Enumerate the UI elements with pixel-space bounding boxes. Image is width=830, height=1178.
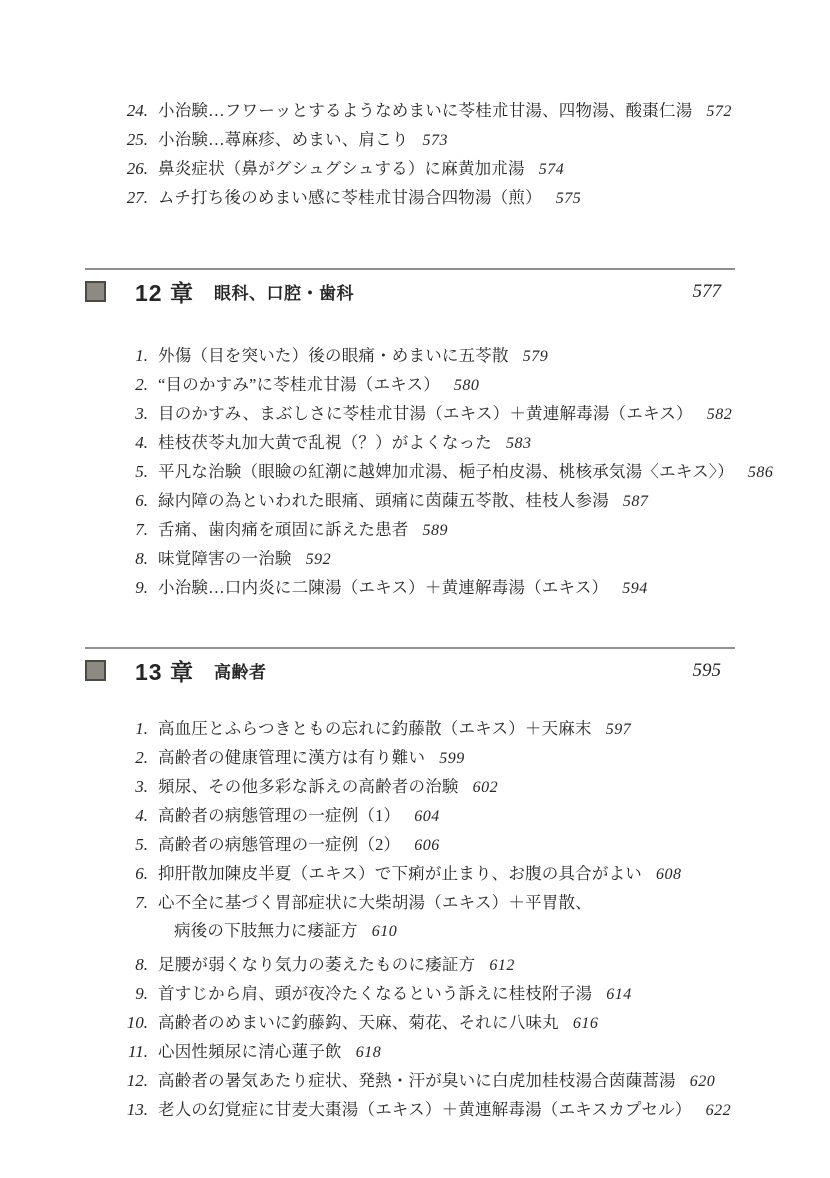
chapter-title: 眼科、口腔・歯科 (214, 279, 354, 304)
chapter-number: 13 章 (135, 654, 194, 687)
toc-item-number: 6. (85, 487, 148, 516)
toc-item: 3. 目のかすみ、まぶしさに苓桂朮甘湯（エキス）＋黄連解毒湯（エキス）582 (85, 400, 735, 429)
toc-item-text: 小治験…フワーッとするようなめまいに苓桂朮甘湯、四物湯、酸棗仁湯 (158, 101, 692, 120)
toc-item-number: 1. (85, 715, 148, 744)
chapter-13-section: 13 章 高齢者 595 1. 高血圧とふらつきともの忘れに釣藤散（エキス）＋天… (85, 647, 735, 1125)
toc-item: 7. 心不全に基づく胃部症状に大柴胡湯（エキス）＋平胃散、 病後の下肢無力に痿証… (85, 889, 735, 946)
toc-item: 10. 高齢者のめまいに釣藤鈎、天麻、菊花、それに八味丸616 (85, 1009, 735, 1038)
toc-item-page: 580 (454, 377, 480, 394)
toc-item: 9. 小治験…口内炎に二陳湯（エキス）＋黄連解毒湯（エキス）594 (85, 574, 735, 603)
toc-item-number: 6. (85, 860, 148, 889)
toc-item-continuation-text: 病後の下肢無力に痿証方 (174, 921, 358, 940)
toc-item: 8. 味覚障害の一治験592 (85, 545, 735, 574)
toc-item-text: 高血圧とふらつきともの忘れに釣藤散（エキス）＋天麻末 (158, 719, 592, 738)
toc-item: 27. ムチ打ち後のめまい感に苓桂朮甘湯合四物湯（煎）575 (85, 184, 735, 213)
toc-item-number: 13. (85, 1096, 148, 1125)
chapter-square-marker-icon (85, 660, 106, 681)
toc-item-text: 緑内障の為といわれた眼痛、頭痛に茵蔯五苓散、桂枝人参湯 (158, 491, 609, 510)
chapter-page-number: 595 (693, 660, 722, 682)
toc-item-text: 心不全に基づく胃部症状に大柴胡湯（エキス）＋平胃散、 (158, 893, 592, 912)
toc-item-number: 9. (85, 574, 148, 603)
toc-item-text: 桂枝茯苓丸加大黄で乱視（？）がよくなった (158, 433, 492, 452)
toc-item-page: 602 (473, 779, 499, 796)
toc-item-page: 594 (622, 580, 648, 597)
toc-item-text: 高齢者の病態管理の一症例（1） (158, 806, 400, 825)
toc-item-page: 618 (356, 1044, 382, 1061)
toc-item-text: 目のかすみ、まぶしさに苓桂朮甘湯（エキス）＋黄連解毒湯（エキス） (158, 404, 693, 423)
toc-item-text: 頻尿、その他多彩な訴えの高齢者の治験 (158, 777, 459, 796)
chapter-title: 高齢者 (214, 658, 267, 683)
chapter-12-section: 12 章 眼科、口腔・歯科 577 1. 外傷（目を突いた）後の眼痛・めまいに五… (85, 268, 735, 603)
toc-item-page: 572 (706, 103, 732, 120)
toc-item-number: 9. (85, 980, 148, 1009)
toc-item-number: 2. (85, 371, 148, 400)
toc-item-text: 小治験…蕁麻疹、めまい、肩こり (158, 130, 409, 149)
toc-item-text: 高齢者の病態管理の一症例（2） (158, 835, 400, 854)
toc-item: 6. 緑内障の為といわれた眼痛、頭痛に茵蔯五苓散、桂枝人参湯587 (85, 487, 735, 516)
toc-item-number: 8. (85, 951, 148, 980)
toc-item-page: 610 (372, 923, 398, 940)
toc-item: 12. 高齢者の暑気あたり症状、発熱・汗が臭いに白虎加桂枝湯合茵蔯蒿湯620 (85, 1067, 735, 1096)
toc-item: 4. 桂枝茯苓丸加大黄で乱視（？）がよくなった583 (85, 429, 735, 458)
toc-item-number: 27. (85, 184, 148, 213)
toc-item: 7. 舌痛、歯肉痛を頑固に訴えた患者589 (85, 516, 735, 545)
toc-item-number: 5. (85, 831, 148, 860)
toc-item-page: 586 (748, 464, 774, 481)
toc-item-number: 2. (85, 744, 148, 773)
toc-item-text: 首すじから肩、頭が夜冷たくなるという訴えに桂枝附子湯 (158, 984, 592, 1003)
toc-item-number: 7. (85, 889, 148, 917)
toc-item-page: 575 (556, 190, 582, 207)
toc-item-text: 高齢者の健康管理に漢方は有り難い (158, 748, 425, 767)
toc-item-number: 7. (85, 516, 148, 545)
toc-item-text: 舌痛、歯肉痛を頑固に訴えた患者 (158, 520, 409, 539)
toc-item-text: 抑肝散加陳皮半夏（エキス）で下痢が止まり、お腹の具合がよい (158, 864, 642, 883)
toc-item: 26. 鼻炎症状（鼻がグシュグシュする）に麻黄加朮湯574 (85, 155, 735, 184)
toc-item-number: 3. (85, 773, 148, 802)
toc-item-page: 608 (656, 866, 682, 883)
toc-item-page: 612 (489, 957, 515, 974)
toc-item-page: 599 (439, 750, 465, 767)
chapter-square-marker-icon (85, 281, 106, 302)
toc-item-number: 1. (85, 342, 148, 371)
toc-item-page: 604 (414, 808, 440, 825)
toc-item-text: 老人の幻覚症に甘麦大棗湯（エキス）＋黄連解毒湯（エキスカプセル） (158, 1100, 692, 1119)
toc-item-page: 589 (423, 522, 449, 539)
toc-item-text: 小治験…口内炎に二陳湯（エキス）＋黄連解毒湯（エキス） (158, 578, 608, 597)
toc-item: 1. 外傷（目を突いた）後の眼痛・めまいに五苓散579 (85, 342, 735, 371)
toc-item-number: 12. (85, 1067, 148, 1096)
toc-item-text: “目のかすみ”に苓桂朮甘湯（エキス） (158, 375, 440, 394)
toc-item-page: 587 (623, 493, 649, 510)
toc-item: 5. 平凡な治験（眼瞼の紅潮に越婢加朮湯、梔子柏皮湯、桃核承気湯〈エキス〉）58… (85, 458, 735, 487)
toc-item-number: 24. (85, 97, 148, 126)
toc-item-text: 高齢者のめまいに釣藤鈎、天麻、菊花、それに八味丸 (158, 1013, 559, 1032)
toc-item: 6. 抑肝散加陳皮半夏（エキス）で下痢が止まり、お腹の具合がよい608 (85, 860, 735, 889)
chapter-page-number: 577 (693, 281, 722, 303)
toc-item-text: 外傷（目を突いた）後の眼痛・めまいに五苓散 (158, 346, 509, 365)
chapter-number: 12 章 (135, 275, 194, 308)
toc-item-text: 味覚障害の一治験 (158, 549, 292, 568)
toc-item-number: 4. (85, 429, 148, 458)
chapter-13-item-list: 1. 高血圧とふらつきともの忘れに釣藤散（エキス）＋天麻末597 2. 高齢者の… (85, 715, 735, 1125)
toc-item: 2. 高齢者の健康管理に漢方は有り難い599 (85, 744, 735, 773)
toc-item-page: 614 (606, 986, 632, 1003)
toc-item: 3. 頻尿、その他多彩な訴えの高齢者の治験602 (85, 773, 735, 802)
toc-item-text: 平凡な治験（眼瞼の紅潮に越婢加朮湯、梔子柏皮湯、桃核承気湯〈エキス〉） (158, 462, 734, 481)
toc-item-number: 26. (85, 155, 148, 184)
toc-item: 1. 高血圧とふらつきともの忘れに釣藤散（エキス）＋天麻末597 (85, 715, 735, 744)
toc-item-text: ムチ打ち後のめまい感に苓桂朮甘湯合四物湯（煎） (158, 188, 542, 207)
toc-item-number: 4. (85, 802, 148, 831)
toc-item-page: 620 (690, 1073, 716, 1090)
toc-item-number: 3. (85, 400, 148, 429)
toc-item-page: 597 (606, 721, 632, 738)
toc-item-page: 574 (539, 161, 565, 178)
toc-content: 24. 小治験…フワーッとするようなめまいに苓桂朮甘湯、四物湯、酸棗仁湯572 … (85, 0, 735, 1125)
toc-item-text: 鼻炎症状（鼻がグシュグシュする）に麻黄加朮湯 (158, 159, 525, 178)
toc-item-text: 心因性頻尿に清心蓮子飲 (158, 1042, 342, 1061)
toc-item-page: 606 (414, 837, 440, 854)
toc-item-page: 616 (573, 1015, 599, 1032)
toc-item-number: 8. (85, 545, 148, 574)
toc-intro-list: 24. 小治験…フワーッとするようなめまいに苓桂朮甘湯、四物湯、酸棗仁湯572 … (85, 97, 735, 213)
chapter-13-header: 13 章 高齢者 595 (85, 647, 735, 687)
toc-item-page: 573 (423, 132, 449, 149)
toc-item: 13. 老人の幻覚症に甘麦大棗湯（エキス）＋黄連解毒湯（エキスカプセル）622 (85, 1096, 735, 1125)
toc-item: 8. 足腰が弱くなり気力の萎えたものに痿証方612 (85, 951, 735, 980)
toc-item-number: 5. (85, 458, 148, 487)
toc-item: 4. 高齢者の病態管理の一症例（1）604 (85, 802, 735, 831)
toc-item-text: 足腰が弱くなり気力の萎えたものに痿証方 (158, 955, 475, 974)
toc-item-page: 583 (506, 435, 532, 452)
toc-item-number: 25. (85, 126, 148, 155)
toc-item: 9. 首すじから肩、頭が夜冷たくなるという訴えに桂枝附子湯614 (85, 980, 735, 1009)
toc-item: 2. “目のかすみ”に苓桂朮甘湯（エキス）580 (85, 371, 735, 400)
toc-item-page: 622 (706, 1102, 732, 1119)
toc-item: 25. 小治験…蕁麻疹、めまい、肩こり573 (85, 126, 735, 155)
toc-item-number: 11. (85, 1038, 148, 1067)
toc-item-page: 579 (523, 348, 549, 365)
toc-item-text: 高齢者の暑気あたり症状、発熱・汗が臭いに白虎加桂枝湯合茵蔯蒿湯 (158, 1071, 676, 1090)
toc-item-page: 582 (707, 406, 733, 423)
toc-item: 11. 心因性頻尿に清心蓮子飲618 (85, 1038, 735, 1067)
toc-page: 24. 小治験…フワーッとするようなめまいに苓桂朮甘湯、四物湯、酸棗仁湯572 … (0, 0, 830, 1178)
chapter-12-item-list: 1. 外傷（目を突いた）後の眼痛・めまいに五苓散579 2. “目のかすみ”に苓… (85, 342, 735, 603)
toc-item: 5. 高齢者の病態管理の一症例（2）606 (85, 831, 735, 860)
toc-intro-section: 24. 小治験…フワーッとするようなめまいに苓桂朮甘湯、四物湯、酸棗仁湯572 … (85, 0, 735, 213)
toc-item: 24. 小治験…フワーッとするようなめまいに苓桂朮甘湯、四物湯、酸棗仁湯572 (85, 97, 735, 126)
toc-item-number: 10. (85, 1009, 148, 1038)
toc-item-page: 592 (306, 551, 332, 568)
chapter-12-header: 12 章 眼科、口腔・歯科 577 (85, 268, 735, 308)
